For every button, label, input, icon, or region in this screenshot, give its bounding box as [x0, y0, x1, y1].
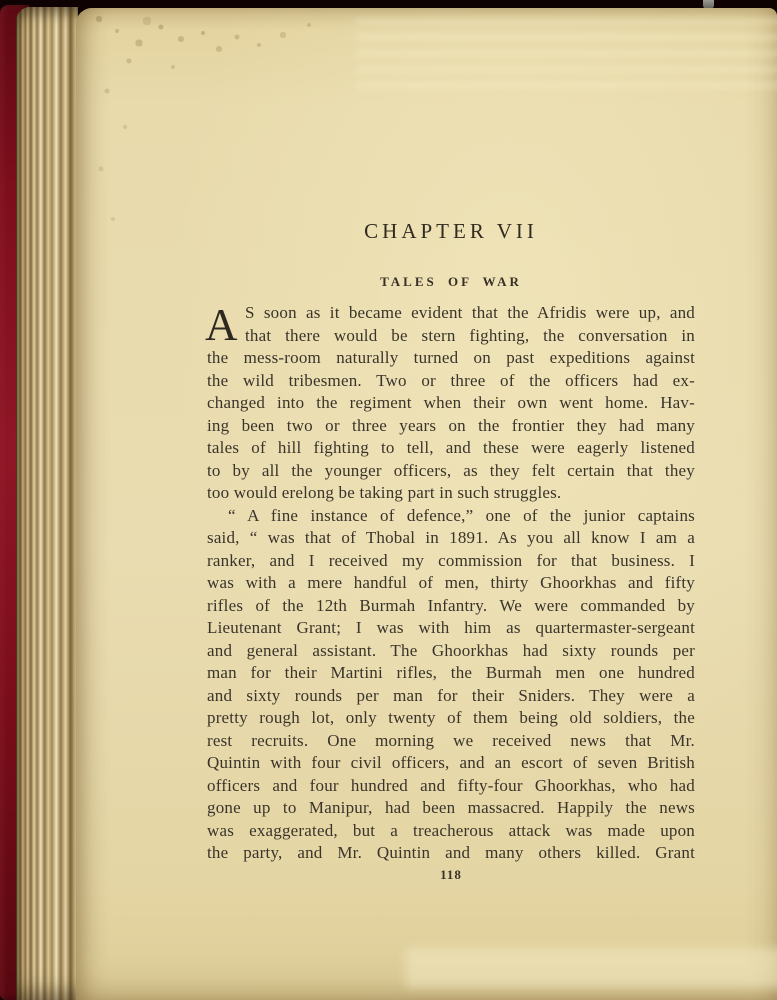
body-line: officers and four hundred and fifty-four…	[207, 775, 695, 798]
body-line: changed into the regiment when their own…	[207, 392, 695, 415]
paragraph: “ A fine instance of defence,” one of th…	[207, 505, 695, 865]
body-line: rifles of the 12th Burmah Infantry. We w…	[207, 595, 695, 618]
body-line: ranker, and I received my commission for…	[207, 550, 695, 573]
section-title: TALES OF WAR	[207, 274, 695, 290]
body-line: the mess-room naturally turned on past e…	[207, 347, 695, 370]
body-line: tales of hill fighting to tell, and thes…	[207, 437, 695, 460]
body-text: AS soon as it became evident that the Af…	[207, 302, 695, 865]
body-line: and general assistant. The Ghoorkhas had…	[207, 640, 695, 663]
body-line: was with a mere handful of men, thirty G…	[207, 572, 695, 595]
body-line: the wild tribesmen. Two or three of the …	[207, 370, 695, 393]
book-scan: CHAPTER VII TALES OF WAR AS soon as it b…	[0, 0, 777, 1000]
body-line: S soon as it became evident that the Afr…	[245, 302, 695, 325]
body-line: ing been two or three years on the front…	[207, 415, 695, 438]
body-line: man for their Martini rifles, the Burmah…	[207, 662, 695, 685]
foxing-spots	[76, 8, 78, 10]
page-number: 118	[207, 867, 695, 883]
body-line: and sixty rounds per man for their Snide…	[207, 685, 695, 708]
drop-cap: A	[205, 303, 238, 347]
body-line: said, “ was that of Thobal in 1891. As y…	[207, 527, 695, 550]
body-line: “ A fine instance of defence,” one of th…	[207, 505, 695, 528]
body-line: to by all the younger officers, as they …	[207, 460, 695, 483]
page-sheen-bottom	[406, 948, 777, 988]
book-page: CHAPTER VII TALES OF WAR AS soon as it b…	[76, 8, 777, 1000]
body-line: pretty rough lot, only twenty of them be…	[207, 707, 695, 730]
page-edges-stack	[16, 7, 78, 1000]
body-line: the party, and Mr. Quintin and many othe…	[207, 842, 695, 865]
chapter-title: CHAPTER VII	[207, 218, 695, 244]
body-line: that there would be stern fighting, the …	[245, 325, 695, 348]
text-block: CHAPTER VII TALES OF WAR AS soon as it b…	[207, 8, 695, 883]
body-line: rest recruits. One morning we received n…	[207, 730, 695, 753]
body-line: gone up to Manipur, had been massacred. …	[207, 797, 695, 820]
body-line: was exaggerated, but a treacherous attac…	[207, 820, 695, 843]
body-line: Quintin with four civil officers, and an…	[207, 752, 695, 775]
body-line: too would erelong be taking part in such…	[207, 482, 695, 505]
paragraph: AS soon as it became evident that the Af…	[207, 302, 695, 505]
body-line: Lieutenant Grant; I was with him as quar…	[207, 617, 695, 640]
